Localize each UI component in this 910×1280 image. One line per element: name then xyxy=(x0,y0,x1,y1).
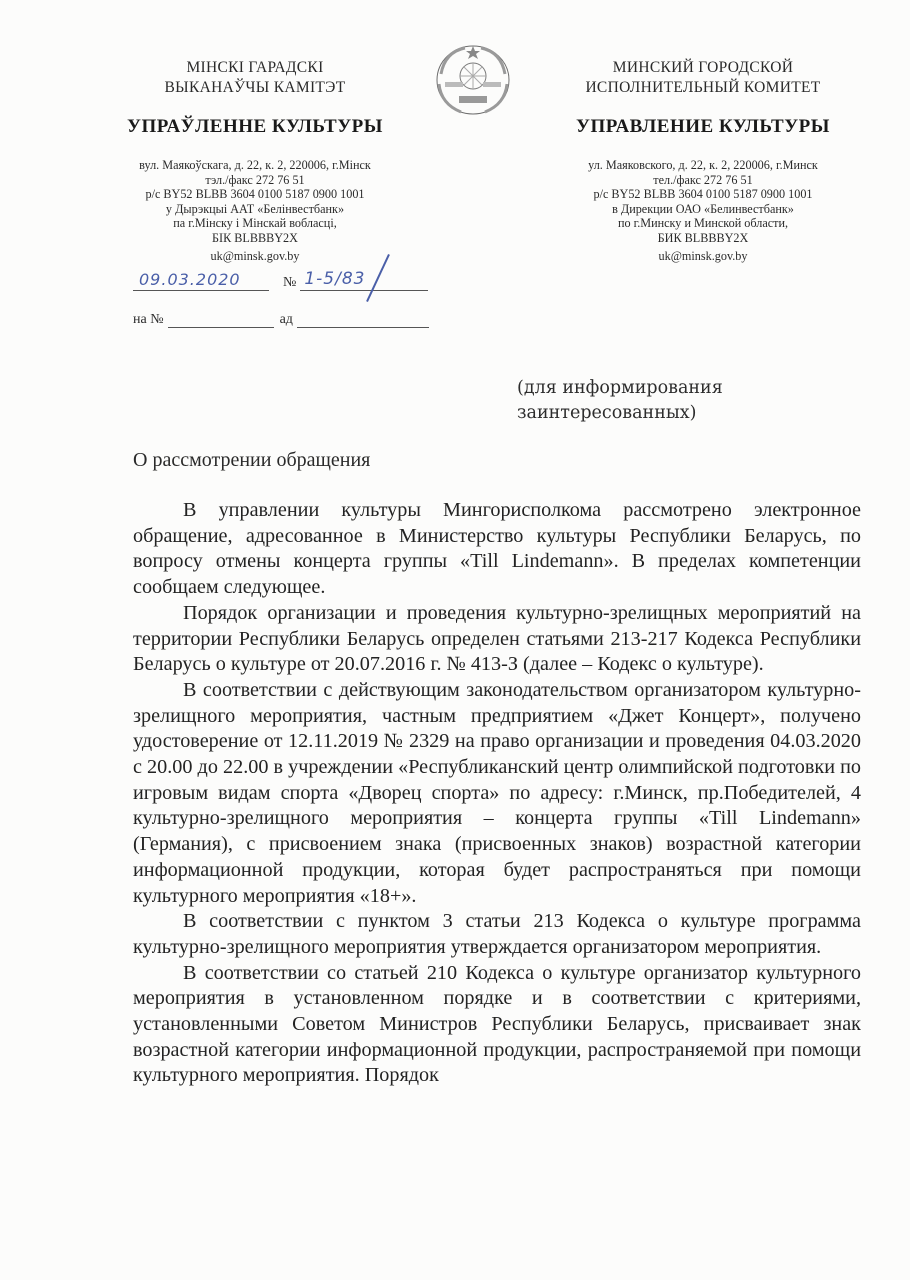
bank-region-line: по г.Минску и Минской области, xyxy=(548,216,858,231)
bank-line: в Дирекции ОАО «Белинвестбанк» xyxy=(548,202,858,217)
number-field: 1-5/83 xyxy=(300,272,428,291)
handwritten-number: 1-5/83 xyxy=(304,269,365,289)
state-emblem-icon xyxy=(431,38,515,118)
letter-body: В управлении культуры Мингорисполкома ра… xyxy=(133,498,861,1089)
org-name-line-2: ИСПОЛНИТЕЛЬНЫЙ КОМИТЕТ xyxy=(548,78,858,98)
department-name: УПРАЎЛЕННЕ КУЛЬТУРЫ xyxy=(105,116,405,138)
bank-line: у Дырэкцыі ААТ «Белінвестбанк» xyxy=(105,202,405,217)
reply-to-label: на № xyxy=(133,312,164,328)
number-label: № xyxy=(283,275,296,291)
address-line: ул. Маяковского, д. 22, к. 2, 220006, г.… xyxy=(548,158,858,173)
outgoing-reference: 09.03.2020 № 1-5/83 xyxy=(133,272,428,291)
reply-date-field xyxy=(297,313,429,328)
account-line: р/с BY52 BLBB 3604 0100 5187 0900 1001 xyxy=(548,187,858,202)
letterhead-russian: МИНСКИЙ ГОРОДСКОЙ ИСПОЛНИТЕЛЬНЫЙ КОМИТЕТ… xyxy=(548,58,858,263)
from-label: ад xyxy=(280,312,293,328)
handwritten-date: 09.03.2020 xyxy=(139,270,241,289)
bic-line: БИК BLBBBY2X xyxy=(548,231,858,246)
addressee-line-2: заинтересованных) xyxy=(517,401,723,426)
phone-line: тел./факс 272 76 51 xyxy=(548,173,858,188)
org-name-line-1: МИНСКИЙ ГОРОДСКОЙ xyxy=(548,58,858,78)
incoming-reference: на № ад xyxy=(133,312,429,328)
letterhead-belarusian: МІНСКІ ГАРАДСКІ ВЫКАНАЎЧЫ КАМІТЭТ УПРАЎЛ… xyxy=(105,58,405,263)
reply-number-field xyxy=(168,313,274,328)
document-page: МІНСКІ ГАРАДСКІ ВЫКАНАЎЧЫ КАМІТЭТ УПРАЎЛ… xyxy=(0,0,910,1280)
bic-line: БІК BLBBBY2X xyxy=(105,231,405,246)
address-line: вул. Маякоўскага, д. 22, к. 2, 220006, г… xyxy=(105,158,405,173)
bank-region-line: па г.Мінску і Мінскай вобласці, xyxy=(105,216,405,231)
body-paragraph: В соответствии с пунктом 3 статьи 213 Ко… xyxy=(133,909,861,960)
org-name-line-1: МІНСКІ ГАРАДСКІ xyxy=(105,58,405,78)
org-name-line-2: ВЫКАНАЎЧЫ КАМІТЭТ xyxy=(105,78,405,98)
letter-subject: О рассмотрении обращения xyxy=(133,449,370,472)
addressee-block: (для информирования заинтересованных) xyxy=(517,376,723,426)
body-paragraph: В соответствии со статьей 210 Кодекса о … xyxy=(133,961,861,1090)
addressee-line-1: (для информирования xyxy=(517,376,723,401)
body-paragraph: В соответствии с действующим законодател… xyxy=(133,678,861,909)
contact-details: ул. Маяковского, д. 22, к. 2, 220006, г.… xyxy=(548,158,858,263)
contact-details: вул. Маякоўскага, д. 22, к. 2, 220006, г… xyxy=(105,158,405,263)
phone-line: тэл./факс 272 76 51 xyxy=(105,173,405,188)
date-field: 09.03.2020 xyxy=(133,272,269,291)
account-line: р/с BY52 BLBB 3604 0100 5187 0900 1001 xyxy=(105,187,405,202)
body-paragraph: Порядок организации и проведения культур… xyxy=(133,601,861,678)
department-name: УПРАВЛЕНИЕ КУЛЬТУРЫ xyxy=(548,116,858,138)
email-address: uk@minsk.gov.by xyxy=(105,249,405,264)
email-address: uk@minsk.gov.by xyxy=(548,249,858,264)
body-paragraph: В управлении культуры Мингорисполкома ра… xyxy=(133,498,861,601)
